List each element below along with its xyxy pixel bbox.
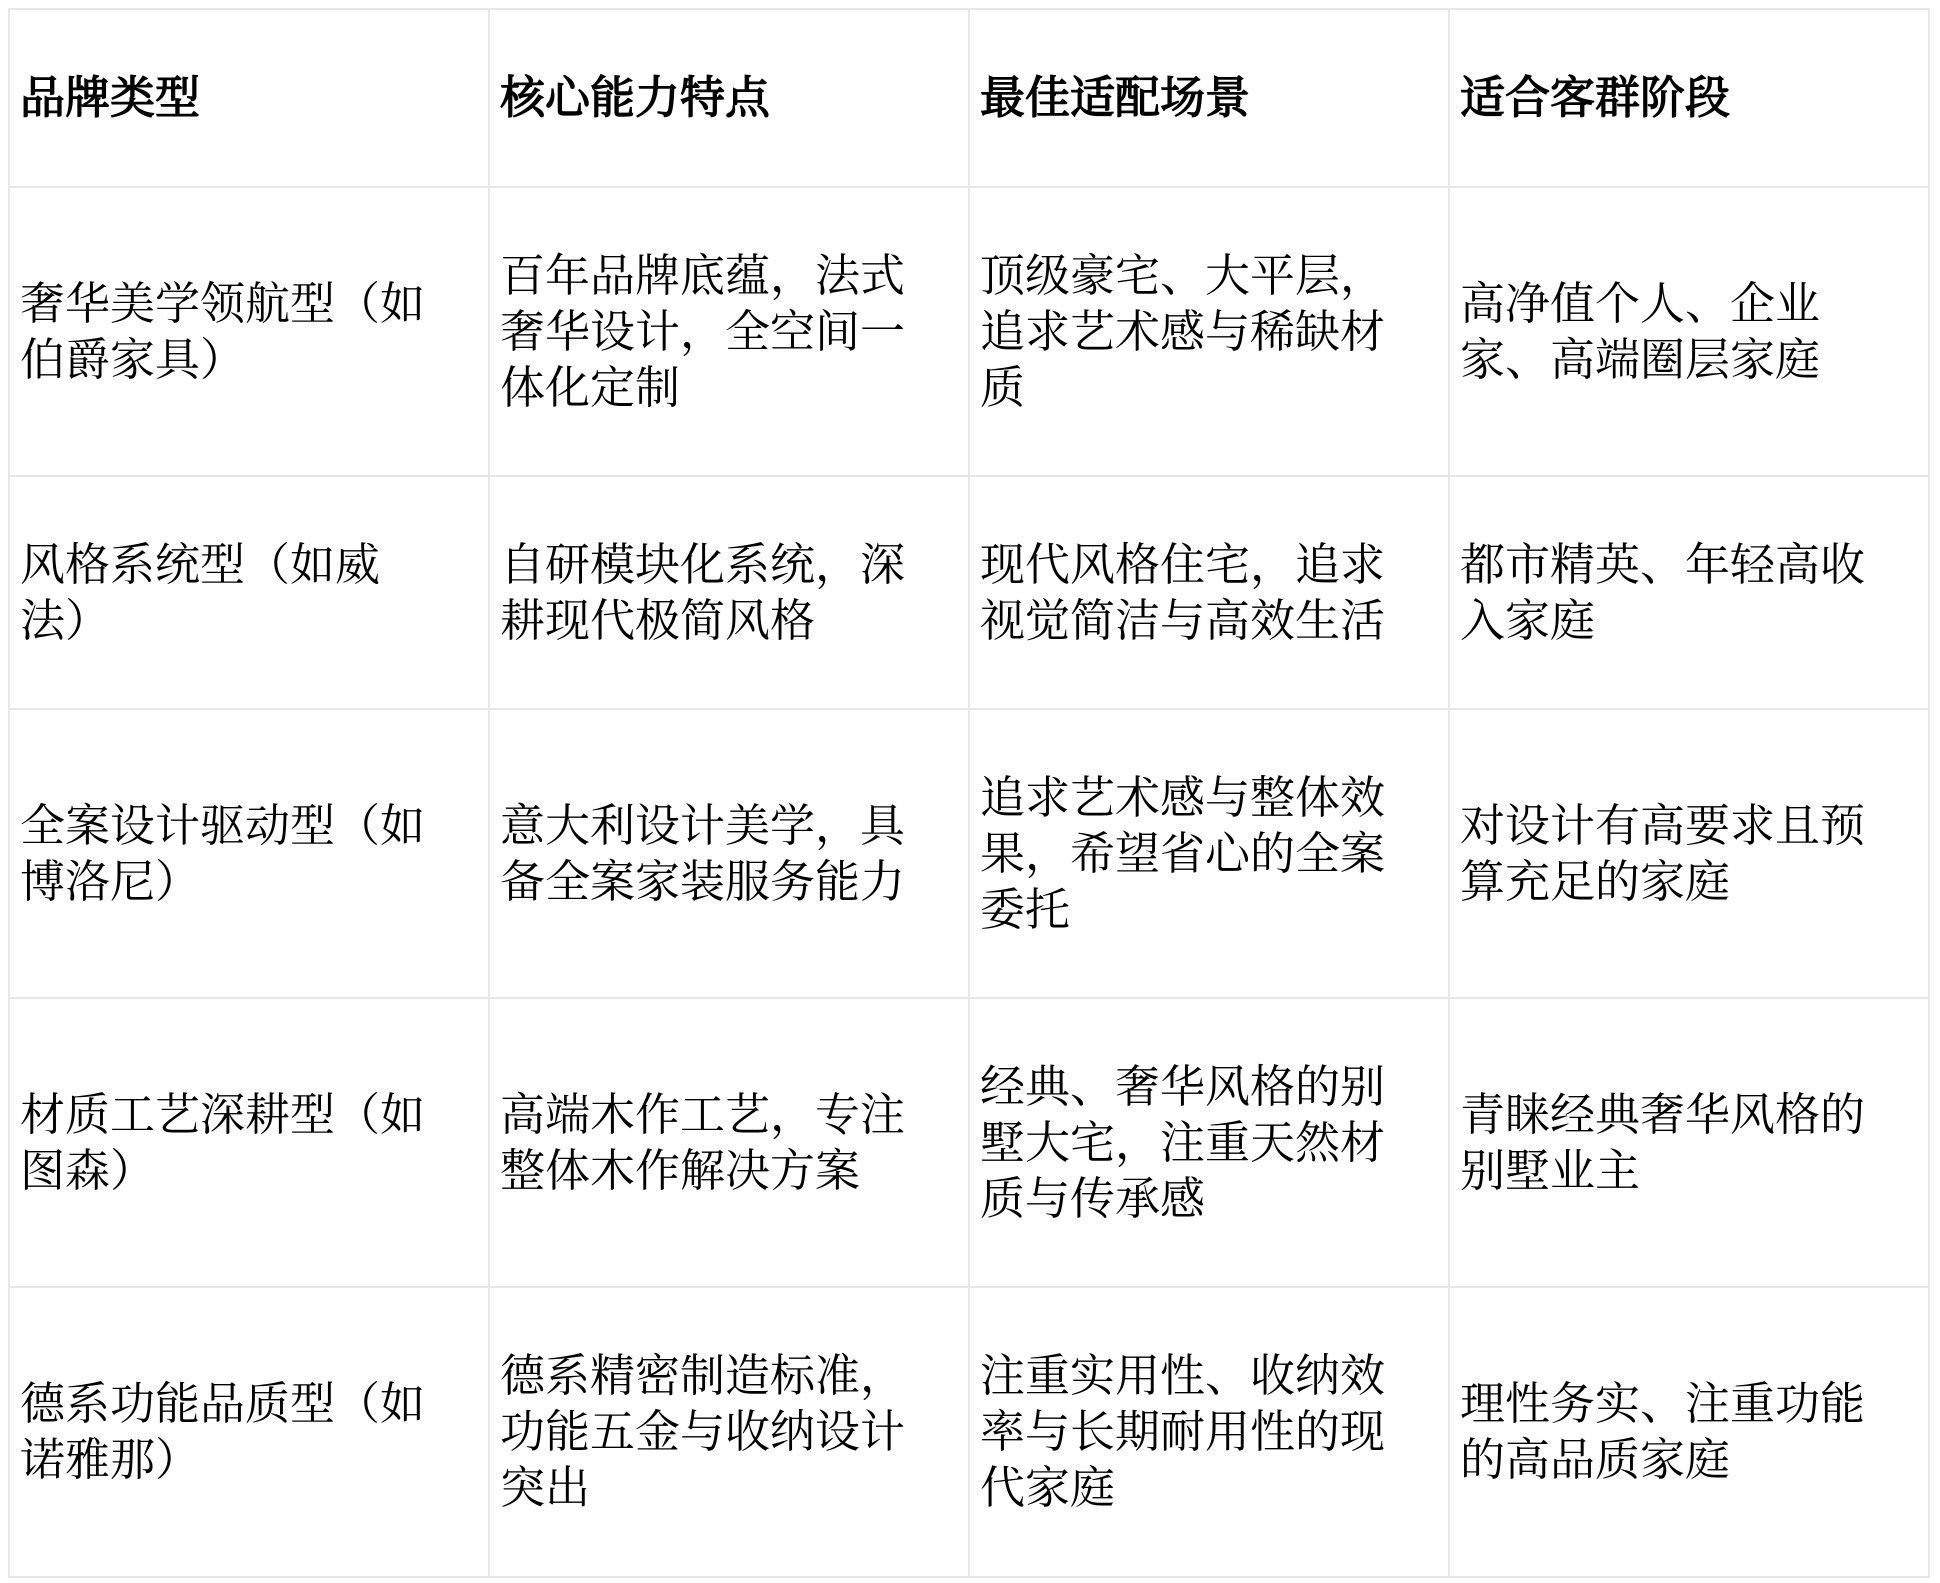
table-row: 全案设计驱动型（如 博洛尼） 意大利设计美学，具 备全案家装服务能力 追求艺术感… — [9, 709, 1929, 998]
cell-line: 委托 — [980, 882, 1438, 938]
cell-best-scenario: 顶级豪宅、大平层， 追求艺术感与稀缺材 质 — [969, 187, 1449, 476]
cell-line: 追求艺术感与整体效 — [980, 770, 1438, 826]
cell-line: 经典、奢华风格的别 — [980, 1059, 1438, 1115]
cell-line: 理性务实、注重功能 — [1460, 1376, 1918, 1432]
cell-line: 家、高端圈层家庭 — [1460, 332, 1918, 388]
cell-line: 质 — [980, 360, 1438, 416]
cell-core-capability: 高端木作工艺，专注 整体木作解决方案 — [489, 998, 969, 1287]
cell-best-scenario: 经典、奢华风格的别 墅大宅，注重天然材 质与传承感 — [969, 998, 1449, 1287]
cell-line: 博洛尼） — [20, 854, 478, 910]
cell-line: 算充足的家庭 — [1460, 854, 1918, 910]
cell-target-customers: 理性务实、注重功能 的高品质家庭 — [1449, 1287, 1929, 1577]
cell-line: 诺雅那） — [20, 1432, 478, 1488]
cell-line: 的高品质家庭 — [1460, 1432, 1918, 1488]
cell-core-capability: 自研模块化系统，深 耕现代极简风格 — [489, 476, 969, 709]
cell-best-scenario: 注重实用性、收纳效 率与长期耐用性的现 代家庭 — [969, 1287, 1449, 1577]
cell-line: 率与长期耐用性的现 — [980, 1404, 1438, 1460]
header-target-customers: 适合客群阶段 — [1449, 9, 1929, 187]
header-brand-type: 品牌类型 — [9, 9, 489, 187]
cell-line: 青睐经典奢华风格的 — [1460, 1087, 1918, 1143]
cell-brand-type: 奢华美学领航型（如 伯爵家具） — [9, 187, 489, 476]
cell-best-scenario: 现代风格住宅，追求 视觉简洁与高效生活 — [969, 476, 1449, 709]
header-best-scenario: 最佳适配场景 — [969, 9, 1449, 187]
header-core-capability: 核心能力特点 — [489, 9, 969, 187]
cell-line: 高端木作工艺，专注 — [500, 1087, 958, 1143]
cell-core-capability: 百年品牌底蕴，法式 奢华设计，全空间一 体化定制 — [489, 187, 969, 476]
cell-target-customers: 高净值个人、企业 家、高端圈层家庭 — [1449, 187, 1929, 476]
cell-line: 伯爵家具） — [20, 332, 478, 388]
cell-line: 风格系统型（如威 — [20, 537, 478, 593]
cell-line: 突出 — [500, 1460, 958, 1516]
cell-line: 代家庭 — [980, 1460, 1438, 1516]
cell-line: 自研模块化系统，深 — [500, 537, 958, 593]
cell-best-scenario: 追求艺术感与整体效 果，希望省心的全案 委托 — [969, 709, 1449, 998]
table-header-row: 品牌类型 核心能力特点 最佳适配场景 适合客群阶段 — [9, 9, 1929, 187]
table-row: 德系功能品质型（如 诺雅那） 德系精密制造标准， 功能五金与收纳设计 突出 注重… — [9, 1287, 1929, 1577]
cell-target-customers: 对设计有高要求且预 算充足的家庭 — [1449, 709, 1929, 998]
cell-line: 高净值个人、企业 — [1460, 276, 1918, 332]
cell-line: 质与传承感 — [980, 1171, 1438, 1227]
cell-line: 全案设计驱动型（如 — [20, 798, 478, 854]
table-row: 风格系统型（如威 法） 自研模块化系统，深 耕现代极简风格 现代风格住宅，追求 … — [9, 476, 1929, 709]
cell-line: 别墅业主 — [1460, 1143, 1918, 1199]
cell-line: 图森） — [20, 1143, 478, 1199]
cell-brand-type: 全案设计驱动型（如 博洛尼） — [9, 709, 489, 998]
cell-line: 奢华设计，全空间一 — [500, 304, 958, 360]
cell-target-customers: 都市精英、年轻高收 入家庭 — [1449, 476, 1929, 709]
cell-line: 耕现代极简风格 — [500, 593, 958, 649]
table-row: 材质工艺深耕型（如 图森） 高端木作工艺，专注 整体木作解决方案 经典、奢华风格… — [9, 998, 1929, 1287]
cell-line: 备全案家装服务能力 — [500, 854, 958, 910]
cell-core-capability: 德系精密制造标准， 功能五金与收纳设计 突出 — [489, 1287, 969, 1577]
cell-brand-type: 材质工艺深耕型（如 图森） — [9, 998, 489, 1287]
cell-line: 对设计有高要求且预 — [1460, 798, 1918, 854]
cell-core-capability: 意大利设计美学，具 备全案家装服务能力 — [489, 709, 969, 998]
cell-line: 百年品牌底蕴，法式 — [500, 248, 958, 304]
cell-line: 奢华美学领航型（如 — [20, 276, 478, 332]
cell-line: 材质工艺深耕型（如 — [20, 1087, 478, 1143]
cell-line: 注重实用性、收纳效 — [980, 1348, 1438, 1404]
cell-line: 法） — [20, 593, 478, 649]
cell-line: 功能五金与收纳设计 — [500, 1404, 958, 1460]
cell-line: 入家庭 — [1460, 593, 1918, 649]
cell-line: 视觉简洁与高效生活 — [980, 593, 1438, 649]
cell-line: 现代风格住宅，追求 — [980, 537, 1438, 593]
cell-target-customers: 青睐经典奢华风格的 别墅业主 — [1449, 998, 1929, 1287]
cell-brand-type: 德系功能品质型（如 诺雅那） — [9, 1287, 489, 1577]
cell-line: 意大利设计美学，具 — [500, 798, 958, 854]
cell-line: 体化定制 — [500, 360, 958, 416]
brand-comparison-table: 品牌类型 核心能力特点 最佳适配场景 适合客群阶段 奢华美学领航型（如 伯爵家具… — [8, 8, 1930, 1578]
cell-line: 墅大宅，注重天然材 — [980, 1115, 1438, 1171]
cell-line: 整体木作解决方案 — [500, 1143, 958, 1199]
cell-line: 都市精英、年轻高收 — [1460, 537, 1918, 593]
cell-line: 德系精密制造标准， — [500, 1348, 958, 1404]
cell-line: 追求艺术感与稀缺材 — [980, 304, 1438, 360]
cell-line: 德系功能品质型（如 — [20, 1376, 478, 1432]
cell-line: 果，希望省心的全案 — [980, 826, 1438, 882]
cell-brand-type: 风格系统型（如威 法） — [9, 476, 489, 709]
table-row: 奢华美学领航型（如 伯爵家具） 百年品牌底蕴，法式 奢华设计，全空间一 体化定制… — [9, 187, 1929, 476]
cell-line: 顶级豪宅、大平层， — [980, 248, 1438, 304]
